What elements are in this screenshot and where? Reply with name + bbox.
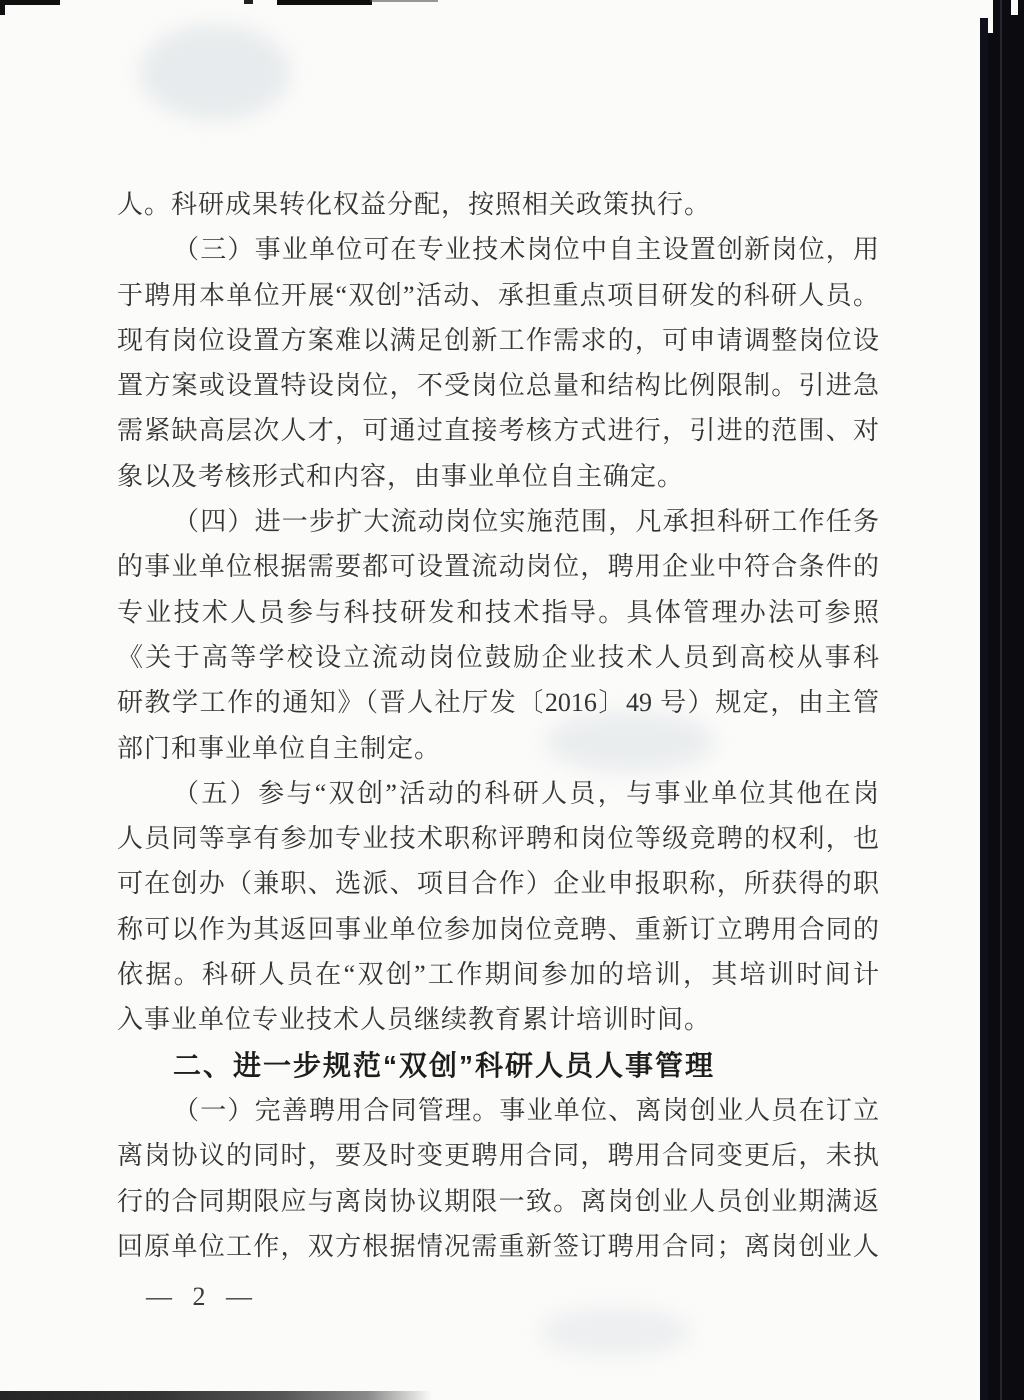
scan-mark-top <box>277 0 372 5</box>
text-line: （四）进一步扩大流动岗位实施范围，凡承担科研工作任务 <box>117 499 879 544</box>
scan-smudge <box>140 25 290 120</box>
scan-smudge <box>540 1308 690 1356</box>
text-line: 称可以作为其返回事业单位参加岗位竞聘、重新订立聘用合同的 <box>117 907 879 952</box>
text-line: 需紧缺高层次人才，可通过直接考核方式进行，引进的范围、对 <box>117 408 879 453</box>
text-line: 专业技术人员参与科技研发和技术指导。具体管理办法可参照 <box>117 590 879 635</box>
text-line: 研教学工作的通知》（晋人社厅发〔2016〕49 号）规定，由主管 <box>117 680 879 725</box>
scan-edge-right-strip <box>980 18 988 1400</box>
page-number: — 2 — <box>146 1282 254 1312</box>
scan-edge-notch <box>1011 0 1018 15</box>
text-line: 象以及考核形式和内容，由事业单位自主确定。 <box>117 454 879 499</box>
scan-mark-top <box>244 0 253 4</box>
text-line: 置方案或设置特设岗位，不受岗位总量和结构比例限制。引进急 <box>117 363 879 408</box>
text-line: 离岗协议的同时，要及时变更聘用合同，聘用合同变更后，未执 <box>117 1133 879 1178</box>
text-line: 入事业单位专业技术人员继续教育累计培训时间。 <box>117 997 879 1042</box>
text-line: 部门和事业单位自主制定。 <box>117 726 879 771</box>
text-line: （三）事业单位可在专业技术岗位中自主设置创新岗位，用 <box>117 227 879 272</box>
scan-corner-top-left <box>0 0 5 15</box>
scan-edge-right-seam <box>1000 0 1002 1400</box>
section-heading: 二、进一步规范“双创”科研人员人事管理 <box>117 1043 879 1088</box>
text-line: （一）完善聘用合同管理。事业单位、离岗创业人员在订立 <box>117 1088 879 1133</box>
text-line: 《关于高等学校设立流动岗位鼓励企业技术人员到高校从事科 <box>117 635 879 680</box>
text-line: 于聘用本单位开展“双创”活动、承担重点项目研发的科研人员。 <box>117 273 879 318</box>
text-line: 人员同等享有参加专业技术职称评聘和岗位等级竞聘的权利，也 <box>117 816 879 861</box>
text-line: 可在创办（兼职、选派、项目合作）企业申报职称，所获得的职 <box>117 861 879 906</box>
text-line: 回原单位工作，双方根据情况需重新签订聘用合同；离岗创业人 <box>117 1224 879 1269</box>
text-line: 人。科研成果转化权益分配，按照相关政策执行。 <box>117 182 879 227</box>
text-line: （五）参与“双创”活动的科研人员，与事业单位其他在岗 <box>117 771 879 816</box>
text-line: 的事业单位根据需要都可设置流动岗位，聘用企业中符合条件的 <box>117 544 879 589</box>
text-line: 现有岗位设置方案难以满足创新工作需求的，可申请调整岗位设 <box>117 318 879 363</box>
text-line: 依据。科研人员在“双创”工作期间参加的培训，其培训时间计 <box>117 952 879 997</box>
scan-edge-right-band <box>993 0 1024 1400</box>
scan-corner-top-left <box>0 0 60 5</box>
text-line: 行的合同期限应与离岗协议期限一致。离岗创业人员创业期满返 <box>117 1179 879 1224</box>
scanned-document-page: 人。科研成果转化权益分配，按照相关政策执行。（三）事业单位可在专业技术岗位中自主… <box>0 0 1024 1400</box>
document-text: 人。科研成果转化权益分配，按照相关政策执行。（三）事业单位可在专业技术岗位中自主… <box>117 182 879 1269</box>
scan-edge-bottom <box>0 1391 432 1400</box>
scan-edge-right-strip <box>988 33 993 1400</box>
scan-mark-top <box>370 0 438 2</box>
